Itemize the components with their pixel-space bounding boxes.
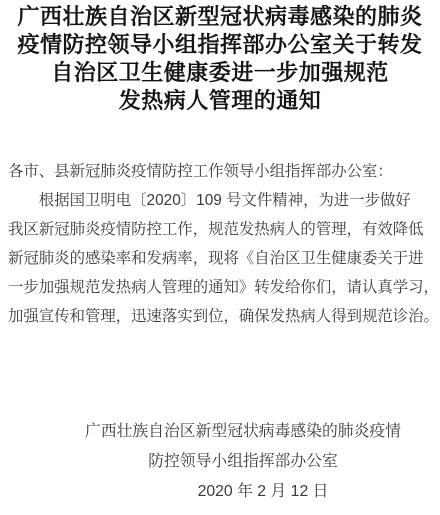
- notice-document-page: 广西壮族自治区新型冠状病毒感染的肺炎 疫情防控领导小组指挥部办公室关于转发 自治…: [0, 0, 440, 515]
- body-paragraph: 根据国卫明电〔2020〕109 号文件精神，为进一步做好 我区新冠肺炎疫情防控工…: [8, 186, 432, 331]
- signature-line: 防控领导小组指挥部办公室: [46, 447, 440, 477]
- salutation-line: 各市、县新冠肺炎疫情防控工作领导小组指挥部办公室：: [8, 157, 432, 186]
- title-line: 自治区卫生健康委进一步加强规范: [0, 59, 440, 87]
- title-line: 发热病人管理的通知: [0, 87, 440, 115]
- title-line: 广西壮族自治区新型冠状病毒感染的肺炎: [0, 3, 440, 31]
- signature-line: 广西壮族自治区新型冠状病毒感染的肺炎疫情: [46, 417, 440, 447]
- paragraph-line: 加强宣传和管理，迅速落实到位，确保发热病人得到规范诊治。: [8, 302, 432, 331]
- paragraph-line: 我区新冠肺炎疫情防控工作，规范发热病人的管理，有效降低: [8, 215, 432, 244]
- paragraph-line: 新冠肺炎的感染率和发病率，现将《自治区卫生健康委关于进: [8, 244, 432, 273]
- document-body: 各市、县新冠肺炎疫情防控工作领导小组指挥部办公室： 根据国卫明电〔2020〕10…: [8, 157, 432, 331]
- document-title: 广西壮族自治区新型冠状病毒感染的肺炎 疫情防控领导小组指挥部办公室关于转发 自治…: [0, 0, 440, 115]
- title-line: 疫情防控领导小组指挥部办公室关于转发: [0, 31, 440, 59]
- signature-block: 广西壮族自治区新型冠状病毒感染的肺炎疫情 防控领导小组指挥部办公室 2020 年…: [46, 417, 440, 507]
- paragraph-line: 根据国卫明电〔2020〕109 号文件精神，为进一步做好: [8, 186, 432, 215]
- signature-date: 2020 年 2 月 12 日: [66, 477, 440, 507]
- paragraph-line: 一步加强规范发热病人管理的通知》转发给你们，请认真学习，: [8, 273, 432, 302]
